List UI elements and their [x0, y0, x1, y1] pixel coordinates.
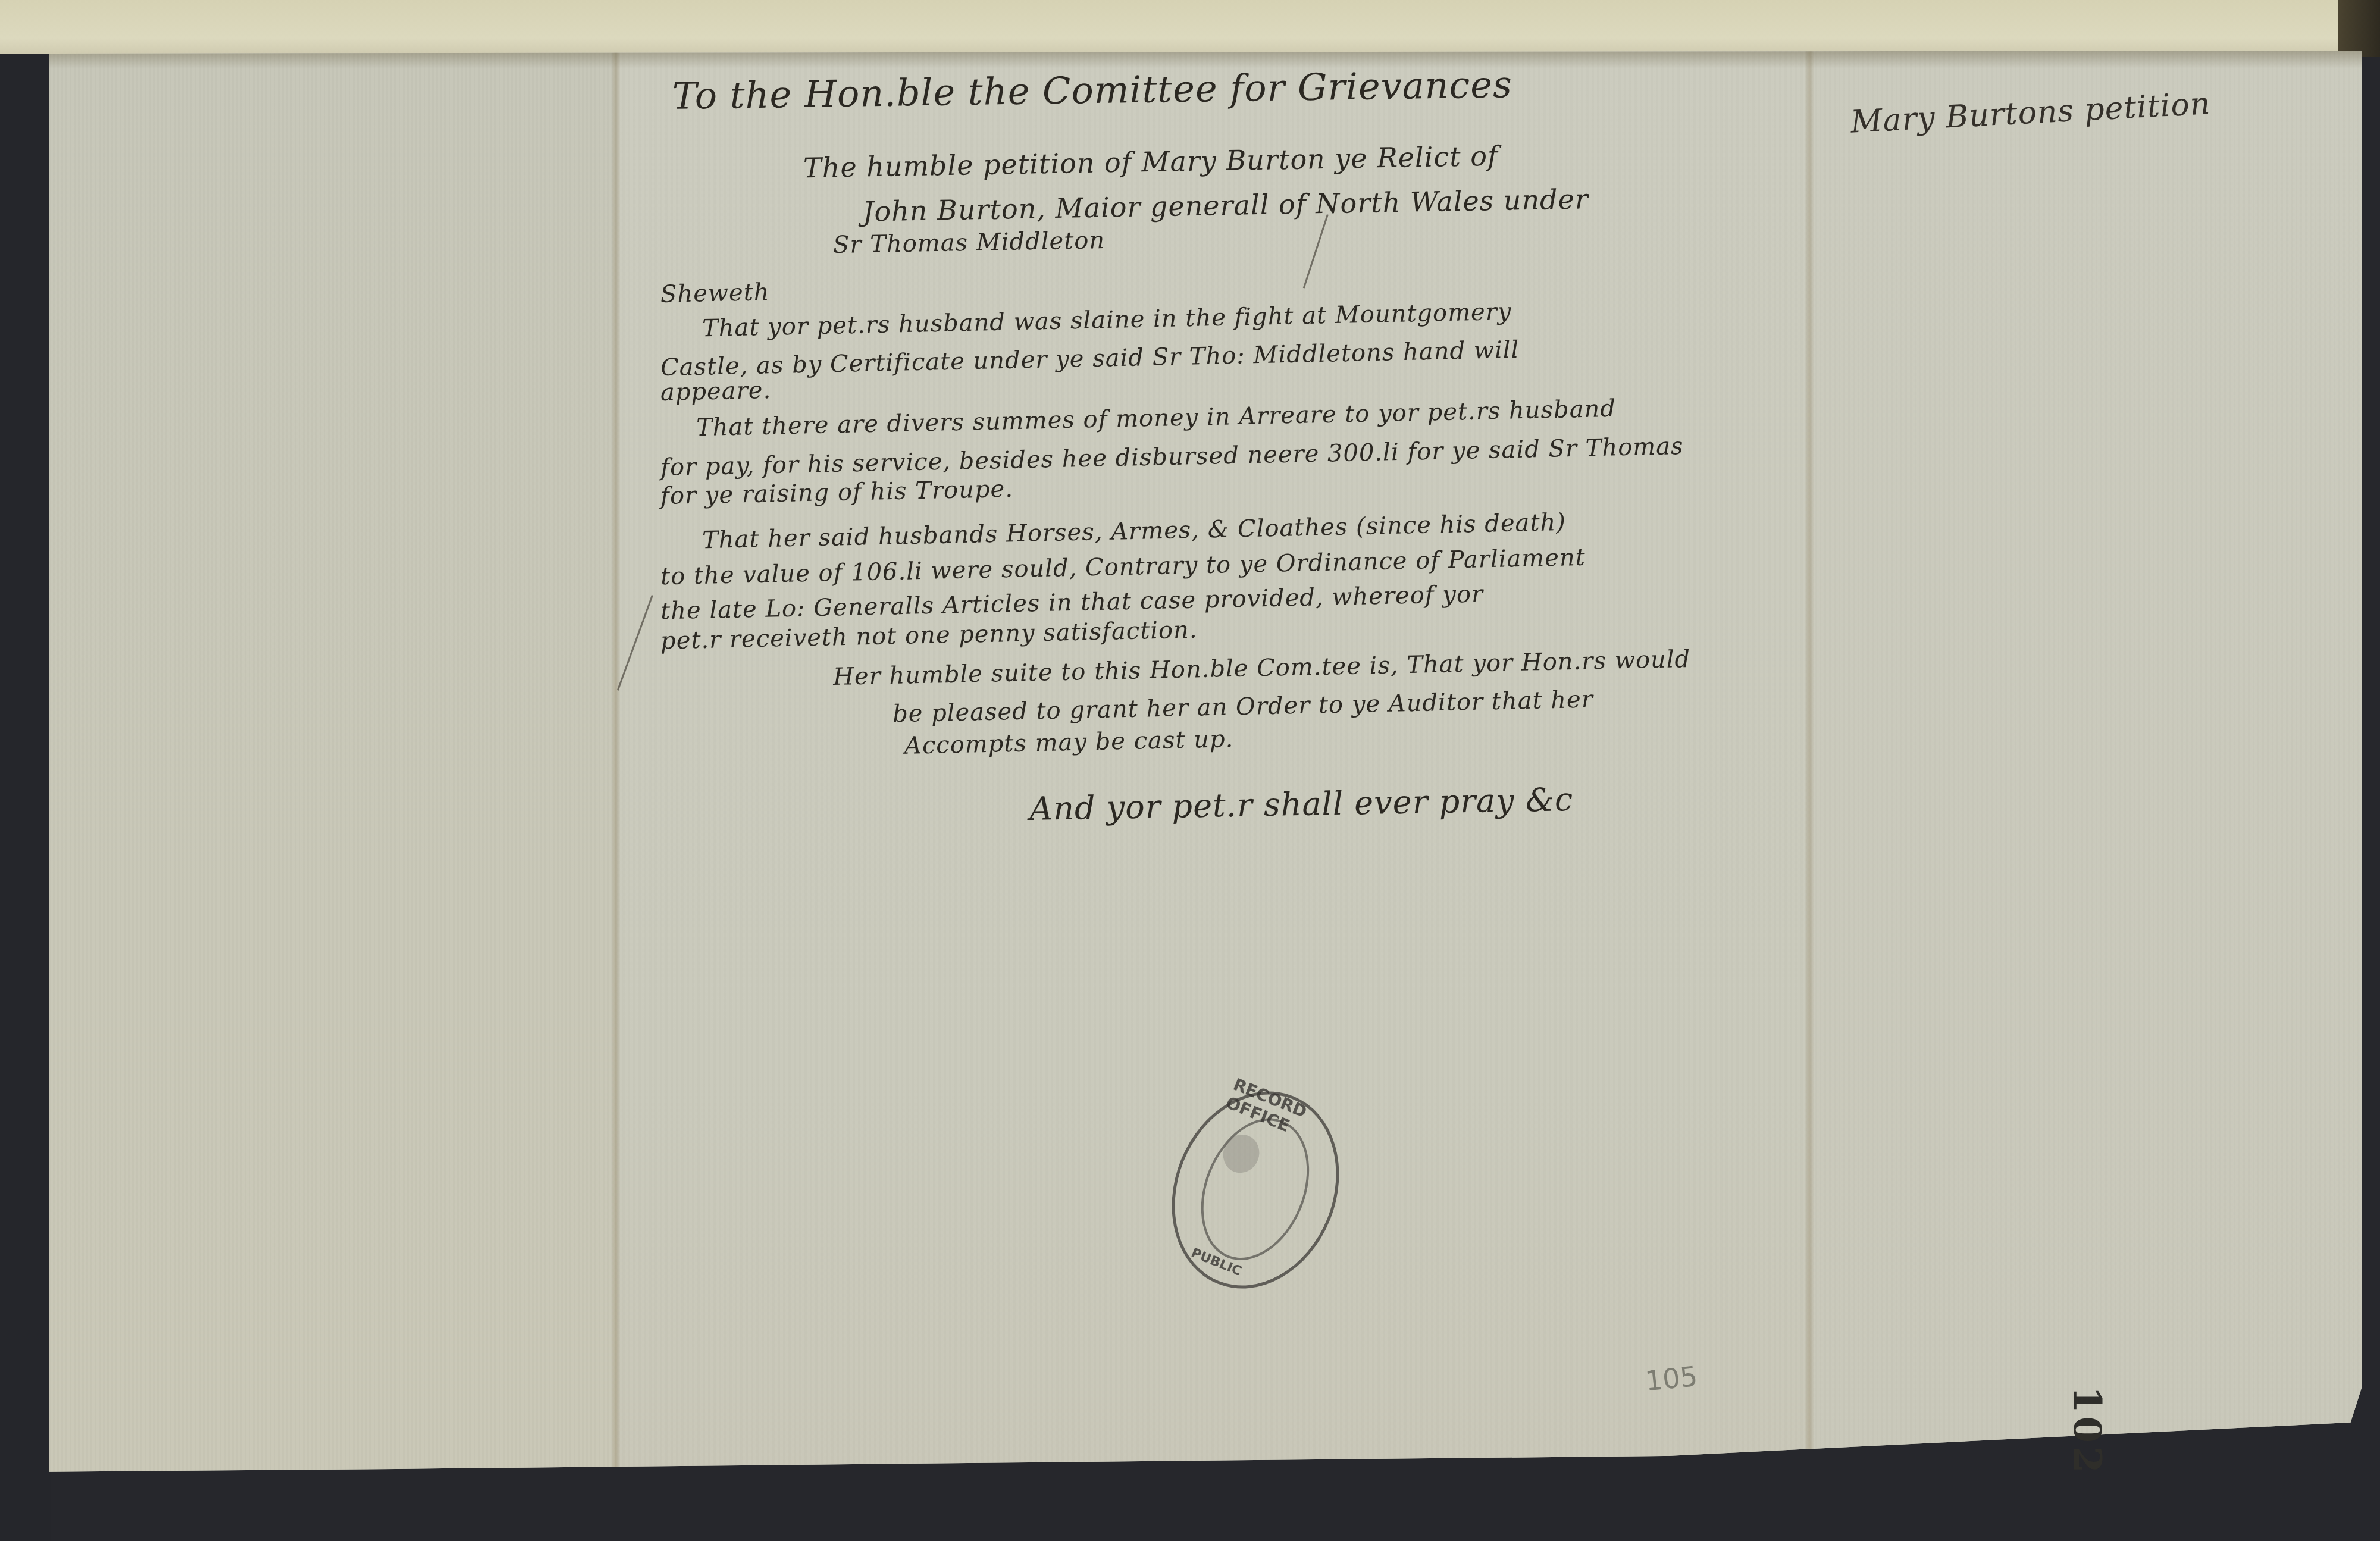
- top-mat-edge: [2338, 0, 2380, 57]
- petition-intro-line: Sr Thomas Middleton: [833, 227, 1106, 259]
- petition-body-line: Sheweth: [660, 278, 771, 308]
- manuscript-sheet: [49, 51, 2362, 1502]
- right-fold-panel: [1810, 51, 2362, 1502]
- pencil-folio-number: 105: [1643, 1360, 1699, 1398]
- left-fold-panel: [49, 51, 617, 1502]
- center-fold-panel: [617, 51, 1810, 1502]
- top-edge-stain: [49, 51, 2362, 68]
- petition-body-line: appeare.: [660, 377, 772, 406]
- top-mat: [0, 0, 2338, 55]
- mount-background: [0, 54, 51, 1541]
- fold-crease-left: [612, 51, 620, 1502]
- fold-crease-right: [1805, 51, 1814, 1502]
- stamped-folio-number: 102: [2065, 1386, 2109, 1477]
